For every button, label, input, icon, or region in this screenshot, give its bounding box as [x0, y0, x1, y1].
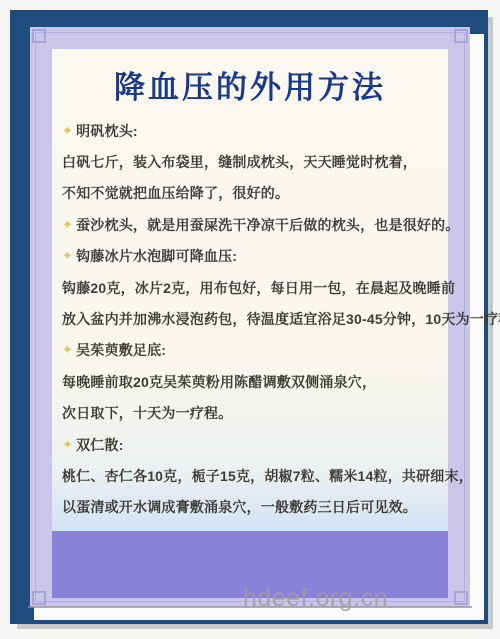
frame-corner-bottom-left [32, 591, 46, 605]
text-line: 白矾七斤，装入布袋里，缝制成枕头，天天睡觉时枕着， [62, 146, 444, 177]
text-line: 不知不觉就把血压给降了，很好的。 [62, 178, 444, 209]
sparkle-icon: ✦ [62, 248, 73, 264]
frame-corner-top-right [454, 29, 468, 43]
text-line: 钩藤20克，冰片2克，用布包好，每日用一包，在晨起及晚睡前 [62, 272, 444, 303]
frame-corner-top-left [32, 29, 46, 43]
line-text: 以蛋清或开水调成膏敷涌泉穴，一般敷药三日后可见效。 [62, 497, 417, 517]
line-text: 双仁散: [76, 435, 123, 455]
line-text: 放入盆内并加沸水浸泡药包，待温度适宜浴足30-45分钟，10天为一疗程。 [62, 309, 500, 329]
frame-corner-bottom-right [454, 591, 468, 605]
line-text: 不知不觉就把血压给降了，很好的。 [62, 183, 289, 203]
text-line: 桃仁、杏仁各10克，栀子15克，胡椒7粒、糯米14粒，共研细末， [62, 460, 444, 491]
page-title: 降血压的外用方法 [52, 67, 448, 109]
section-header-cansha: ✦ 蚕沙枕头，就是用蚕屎洗干净凉干后做的枕头，也是很好的。 [62, 209, 444, 240]
text-line: 每晚睡前取20克吴茱萸粉用陈醋调敷双侧涌泉穴， [62, 366, 444, 397]
line-text: 明矾枕头: [76, 121, 138, 141]
section-header-wuzhuyu: ✦ 吴茱萸敷足底: [62, 335, 444, 366]
sparkle-icon: ✦ [62, 217, 73, 233]
section-header-mingfan: ✦ 明矾枕头: [62, 115, 444, 146]
line-text: 蚕沙枕头，就是用蚕屎洗干净凉干后做的枕头，也是很好的。 [76, 215, 459, 235]
text-line: 次日取下，十天为一疗程。 [62, 398, 444, 429]
section-header-gouteng: ✦ 钩藤冰片水泡脚可降血压: [62, 241, 444, 272]
text-line: 以蛋清或开水调成膏敷涌泉穴，一般敷药三日后可见效。 [62, 492, 444, 523]
poster-card: 降血压的外用方法 ✦ 明矾枕头: 白矾七斤，装入布袋里，缝制成枕头，天天睡觉时枕… [52, 49, 448, 598]
line-text: 桃仁、杏仁各10克，栀子15克，胡椒7粒、糯米14粒，共研细末， [62, 466, 473, 486]
watermark: hdeef.org.cn [243, 584, 388, 613]
line-text: 次日取下，十天为一疗程。 [62, 403, 232, 423]
section-header-shuangren: ✦ 双仁散: [62, 429, 444, 460]
line-text: 钩藤冰片水泡脚可降血压: [76, 246, 237, 266]
line-text: 钩藤20克，冰片2克，用布包好，每日用一包，在晨起及晚睡前 [62, 278, 455, 298]
sparkle-icon: ✦ [62, 437, 73, 453]
sparkle-icon: ✦ [62, 123, 73, 139]
line-text: 吴茱萸敷足底: [76, 340, 166, 360]
sparkle-icon: ✦ [62, 342, 73, 358]
line-text: 每晚睡前取20克吴茱萸粉用陈醋调敷双侧涌泉穴， [62, 372, 376, 392]
text-line: 放入盆内并加沸水浸泡药包，待温度适宜浴足30-45分钟，10天为一疗程。 [62, 303, 444, 334]
line-text: 白矾七斤，装入布袋里，缝制成枕头，天天睡觉时枕着， [62, 152, 417, 172]
poster-text-block: ✦ 明矾枕头: 白矾七斤，装入布袋里，缝制成枕头，天天睡觉时枕着， 不知不觉就把… [62, 115, 444, 523]
